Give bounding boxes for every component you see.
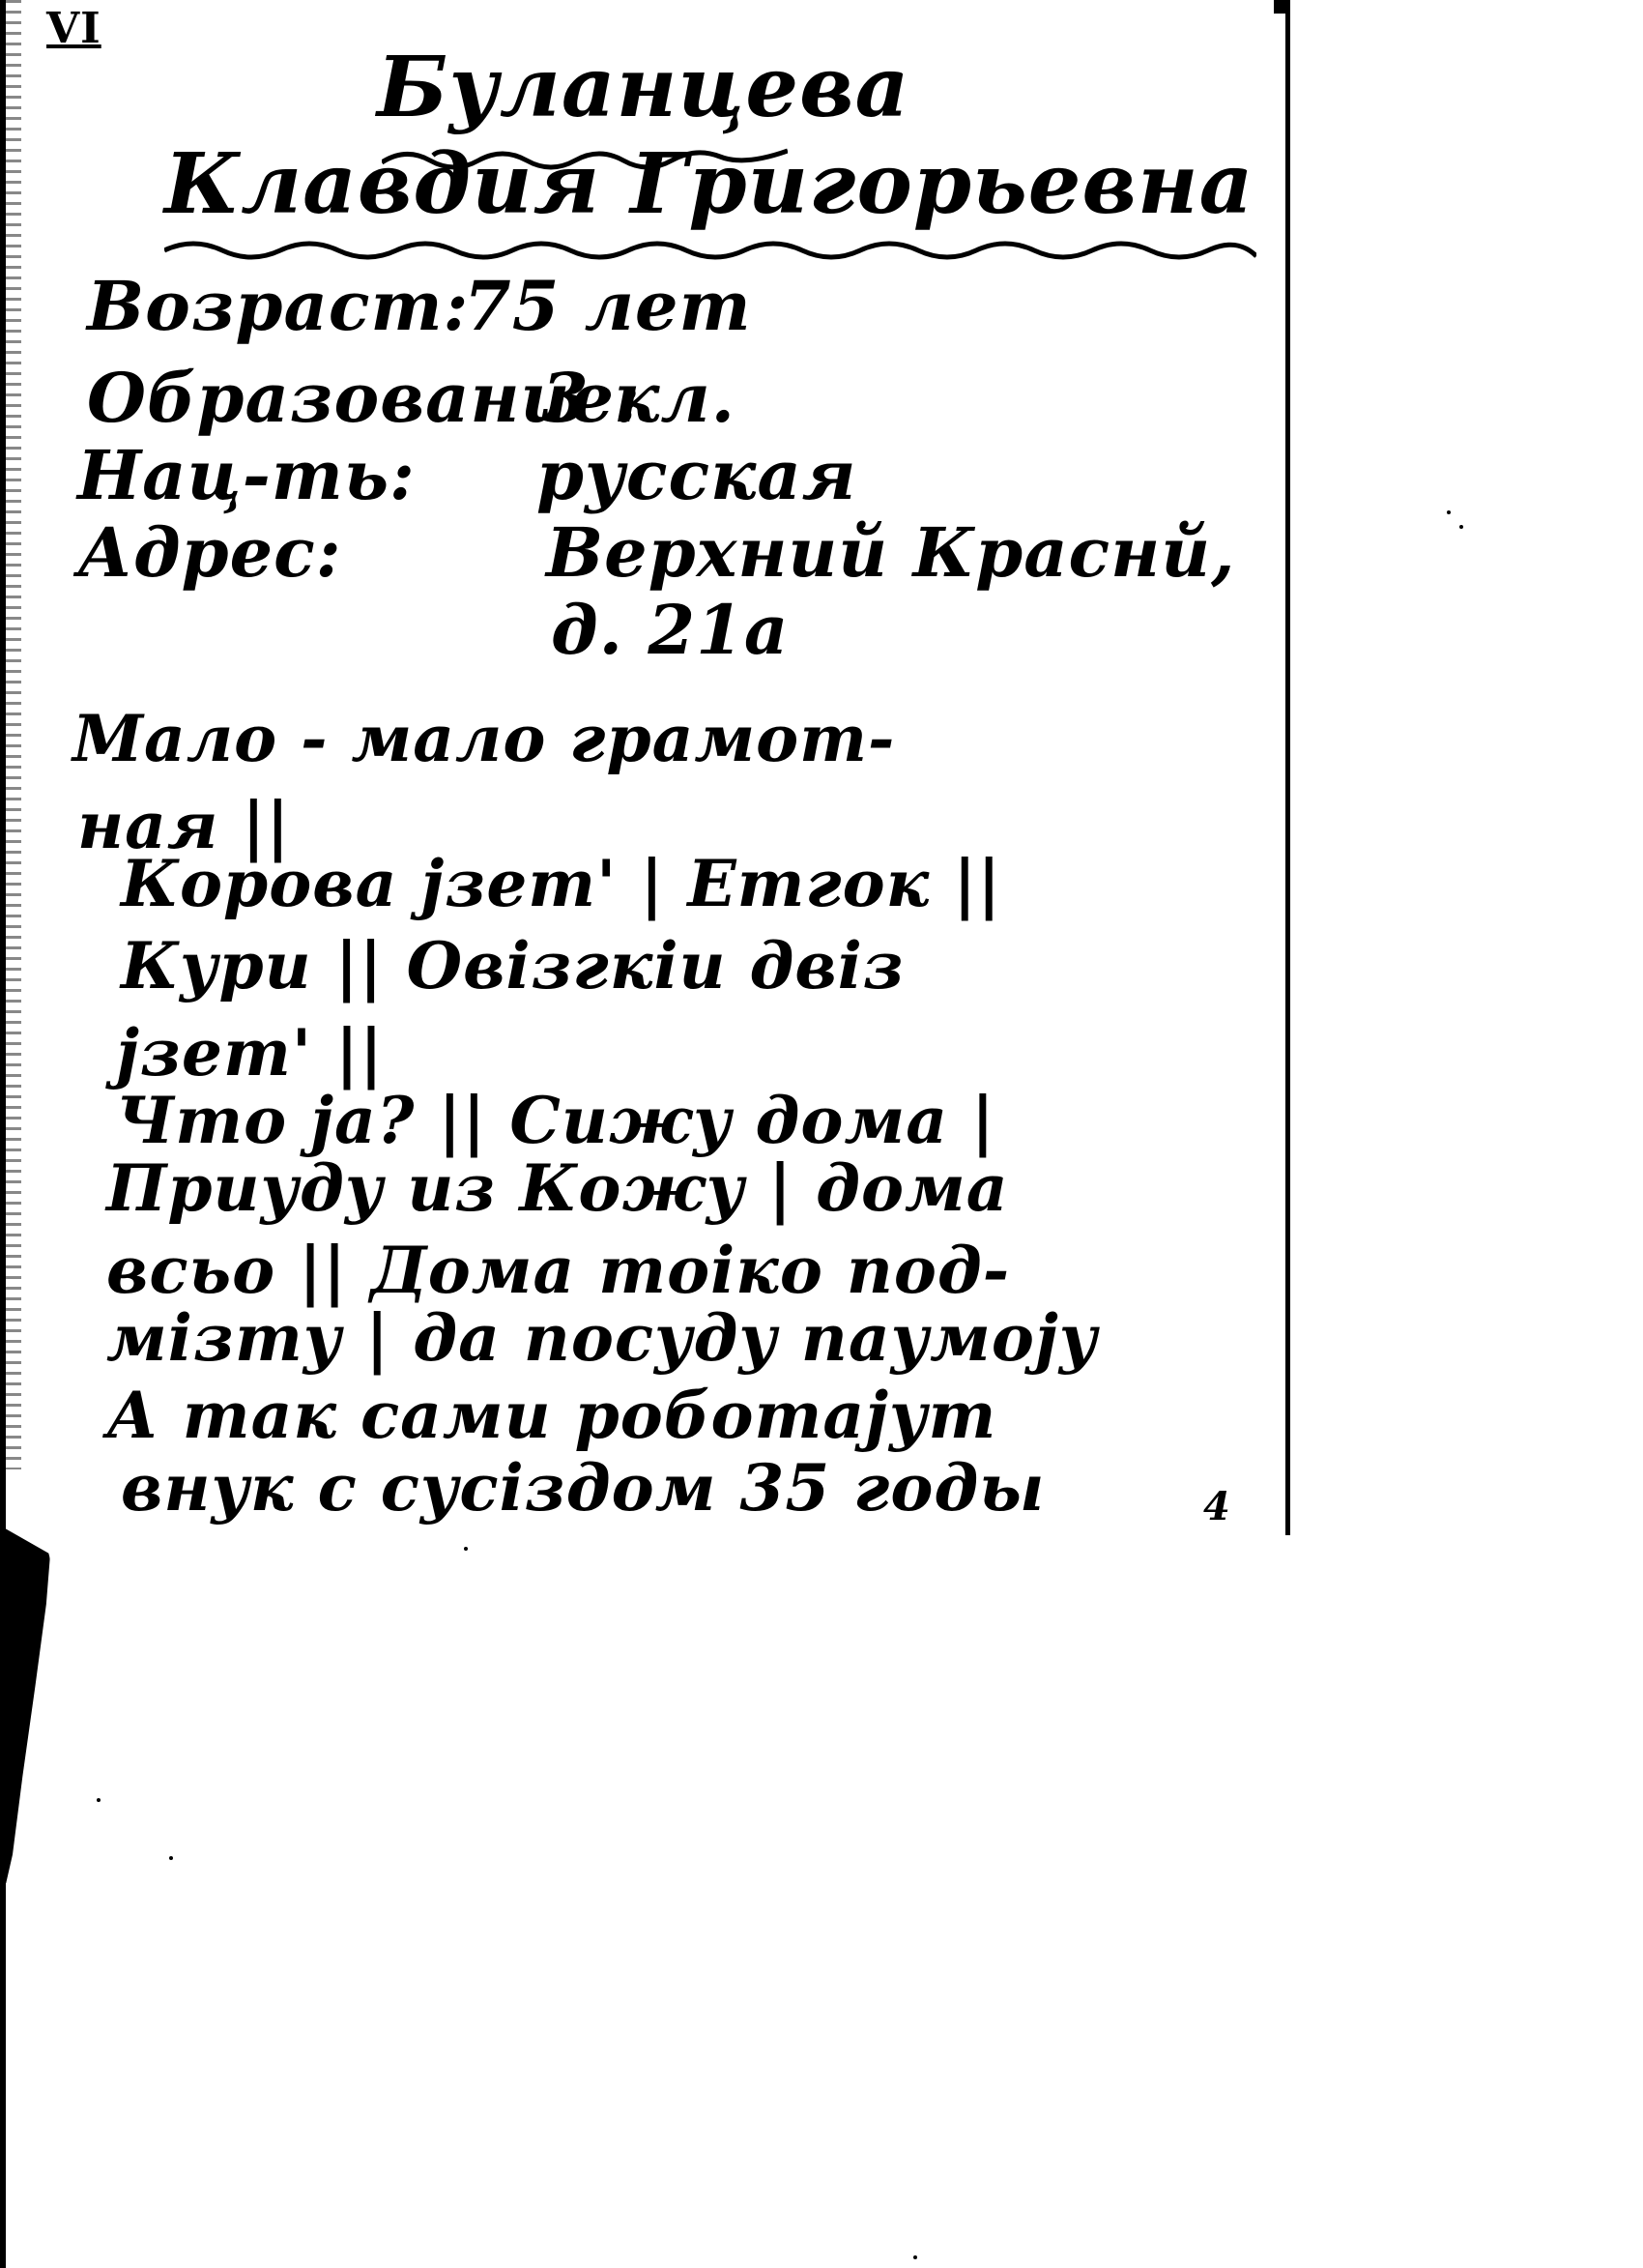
transcript-line: Приуду из Кожу | дома — [106, 1150, 1009, 1226]
transcript-line: Мало - мало грамот- — [72, 701, 895, 776]
informant-given-name: Клавдия Григорьевна — [164, 135, 1254, 233]
scanned-page: VI Буланцева Клавдия Григорьевна Возраст… — [0, 0, 1643, 2268]
card-right-border — [1285, 0, 1290, 1535]
field-label-address: Адрес: — [77, 512, 342, 593]
field-value-age: 75 лет — [464, 266, 752, 346]
informant-surname: Буланцева — [377, 39, 909, 136]
field-value-address-house: д. 21а — [551, 590, 789, 670]
transcript-line: Кури || Овiзгкiи двiз — [121, 928, 905, 1003]
transcript-line: всьо || Дома тоiко под- — [106, 1233, 1010, 1308]
scan-speck — [464, 1547, 468, 1551]
scan-speck — [1459, 525, 1463, 529]
transcript-line: А так сами роботаjут — [106, 1378, 996, 1453]
field-label-nationality: Нац-ть: — [77, 435, 416, 515]
scan-speck — [97, 1798, 101, 1802]
scan-edge-speckle — [0, 0, 21, 1469]
field-value-education: 3 кл. — [541, 358, 735, 438]
field-value-address: Верхний Краснй, — [546, 512, 1235, 593]
scan-speck — [169, 1856, 173, 1860]
section-mark: VI — [46, 4, 101, 53]
scan-shadow-blot — [0, 1526, 50, 1883]
transcript-line: мiзту | да посуду паумоjу — [106, 1300, 1098, 1376]
page-number: 4 — [1203, 1484, 1231, 1529]
field-label-age: Возраст: — [87, 266, 469, 346]
transcript-line: внук с суciздом 35 годы — [121, 1450, 1045, 1526]
transcript-line: jзет' || — [116, 1015, 384, 1090]
given-name-wavy-underline — [164, 237, 1256, 262]
card-corner-mark — [1274, 0, 1289, 14]
transcript-line: Корова jзет' | Етгок || — [121, 846, 1001, 921]
scan-speck — [913, 2255, 917, 2259]
transcript-line: Что jа? || Сижу дома | — [116, 1083, 995, 1158]
scan-speck — [1447, 510, 1451, 514]
field-value-nationality: русская — [536, 435, 857, 515]
